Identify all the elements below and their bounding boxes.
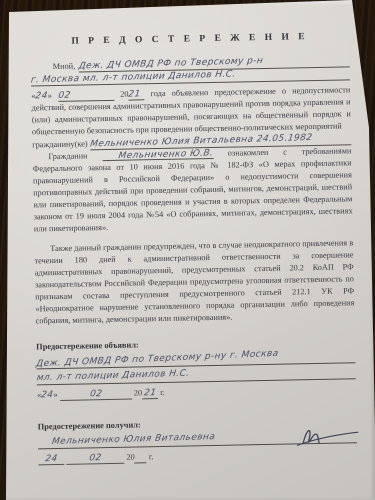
document-title: П Р Е Д О С Т Е Р Е Ж Е Н И Е — [30, 30, 349, 48]
paragraph-familiarization: Гражданин Мельниченко Ю.В. ознакомлен с … — [32, 145, 353, 235]
announced-handwriting-2: мл. л-т полиции Данилов Н.С. — [36, 368, 190, 385]
received-name-handwritten: Мельниченко Юлия Витальевна — [51, 431, 216, 448]
announced-date-suffix: г. — [160, 388, 165, 397]
citizen-label: гражданину(ке) — [32, 138, 88, 151]
announced-day-handwritten: 24 — [40, 389, 54, 401]
received-date-suffix: г. — [149, 452, 154, 461]
p1-quote-close: » — [48, 91, 52, 100]
announced-year-handwritten: 21 — [143, 388, 157, 398]
paragraph-criminal-liability: Также данный гражданин предупрежден, что… — [34, 237, 355, 327]
intro-label: Мной, — [31, 61, 80, 74]
document-content: П Р Е Д О С Т Е Р Е Ж Е Н И Е Мной, Деж.… — [30, 22, 357, 465]
p1-day-handwritten: 24 — [35, 90, 49, 102]
announced-section: Предостережение объявил: Деж. ДЧ ОМВД РФ… — [36, 335, 356, 401]
received-section: Предостережение получил: Мельниченко Юли… — [38, 415, 358, 465]
p3-text: Также данный гражданин предупрежден, что… — [34, 238, 354, 325]
announced-century: 20 — [134, 388, 142, 397]
paragraph-warning: «24» 02 2021 года объявлено предостереже… — [31, 84, 351, 138]
p1-year-handwritten: 21 — [128, 89, 142, 99]
p2-start: Гражданин — [48, 151, 87, 161]
signature-mark — [297, 422, 359, 449]
received-day-handwritten: 24 — [45, 454, 59, 464]
received-date-line: 24 02 20 г. — [38, 447, 357, 465]
p1-month-handwritten: 02 — [57, 91, 71, 101]
document-sheet: П Р Е Д О С Т Е Р Е Ж Е Н И Е Мной, Деж.… — [0, 0, 375, 500]
announced-month-handwritten: 02 — [89, 389, 103, 399]
received-month-handwritten: 02 — [89, 453, 103, 463]
announced-quote-close: » — [53, 390, 57, 399]
announced-date-line: «24» 02 2021 г. — [37, 383, 356, 401]
received-century: 20 — [126, 453, 134, 462]
